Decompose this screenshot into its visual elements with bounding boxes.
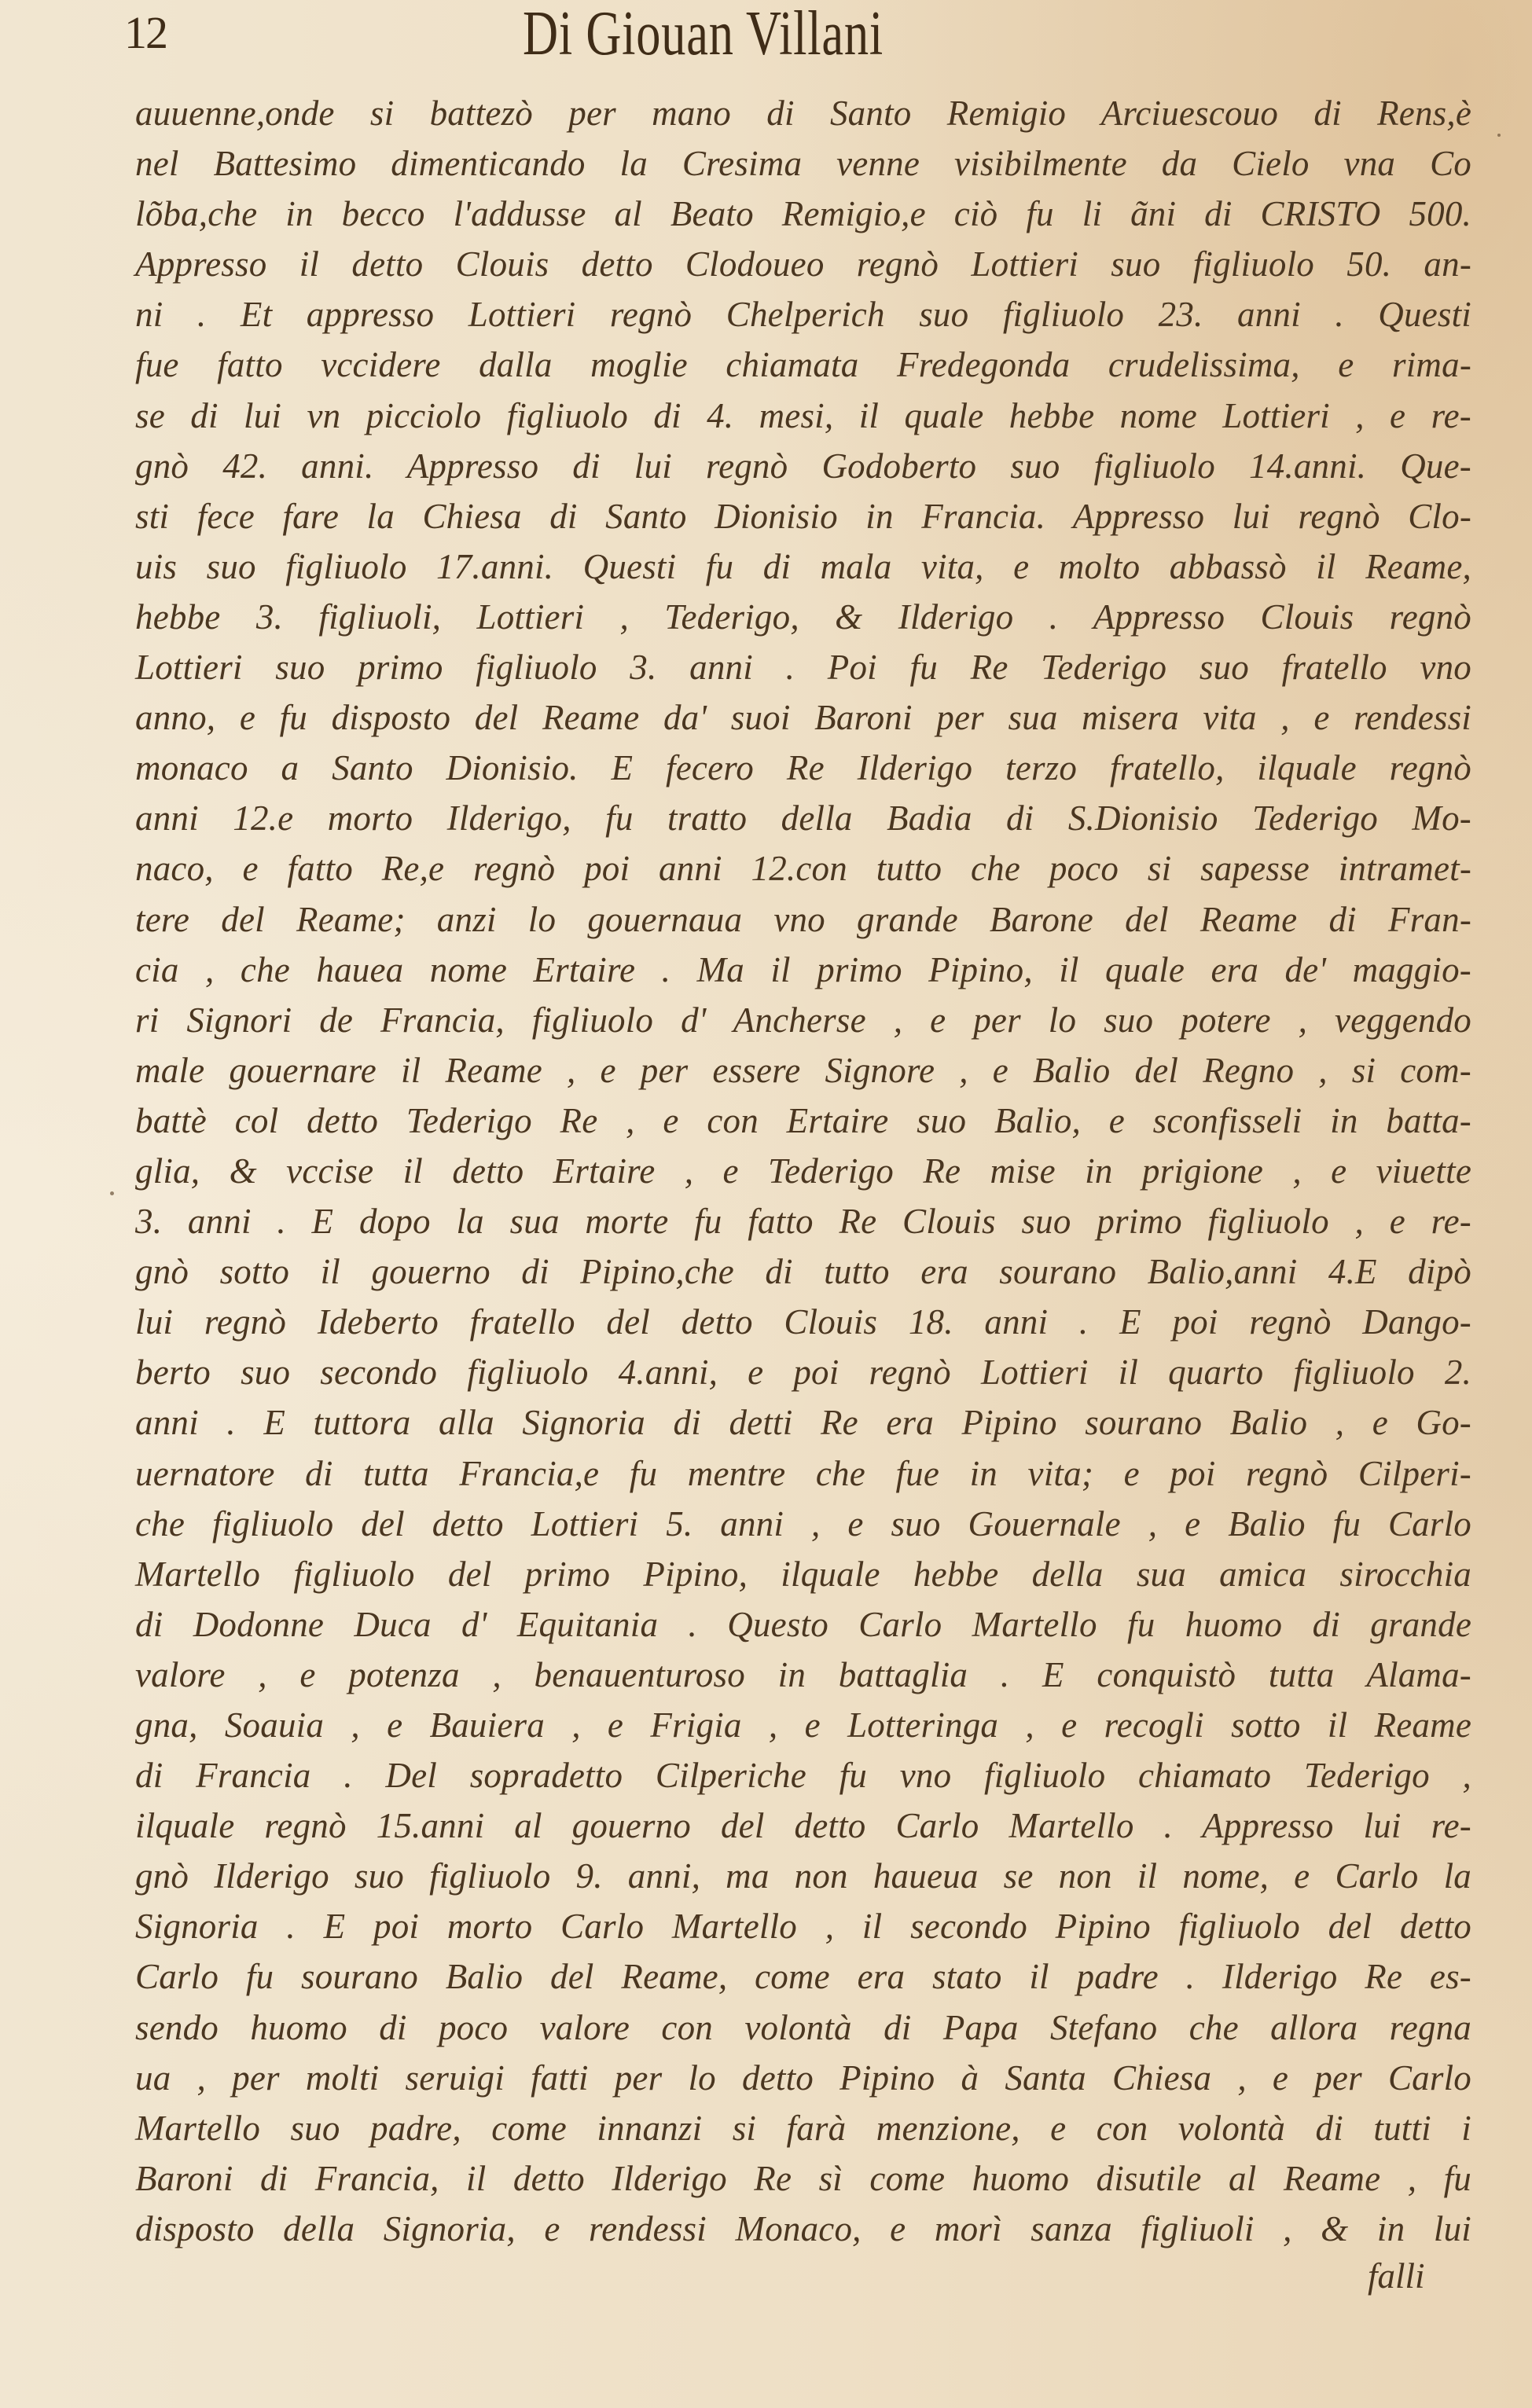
text-line: gnò Ilderigo suo figliuolo 9. anni, ma n… [135, 1851, 1471, 1901]
text-line: anno, e fu disposto del Reame da' suoi B… [135, 692, 1471, 743]
text-line: nel Battesimo dimenticando la Cresima ve… [135, 138, 1471, 189]
text-line: gna, Soauia , e Bauiera , e Frigia , e L… [135, 1700, 1471, 1750]
text-line: ua , per molti seruigi fatti per lo dett… [135, 2053, 1471, 2103]
text-line: 3. anni . E dopo la sua morte fu fatto R… [135, 1196, 1471, 1246]
paper-speck [1497, 134, 1501, 137]
text-line: ri Signori de Francia, figliuolo d' Anch… [135, 995, 1471, 1045]
text-line: gnò sotto il gouerno di Pipino,che di tu… [135, 1246, 1471, 1297]
text-line: di Dodonne Duca d' Equitania . Questo Ca… [135, 1599, 1471, 1650]
text-line: Martello suo padre, come innanzi si farà… [135, 2103, 1471, 2153]
text-line: cia , che hauea nome Ertaire . Ma il pri… [135, 945, 1471, 995]
document-page: 12 Di Giouan Villani auuenne,onde si bat… [0, 0, 1532, 2408]
paper-speck [110, 1191, 114, 1195]
text-line: valore , e potenza , benauenturoso in ba… [135, 1650, 1471, 1700]
text-line: Baroni di Francia, il detto Ilderigo Re … [135, 2153, 1471, 2204]
text-line: lui regnò Ideberto fratello del detto Cl… [135, 1297, 1471, 1347]
text-line: Signoria . E poi morto Carlo Martello , … [135, 1901, 1471, 1951]
text-line: monaco a Santo Dionisio. E fecero Re Ild… [135, 743, 1471, 793]
text-line: tere del Reame; anzi lo gouernaua vno gr… [135, 894, 1471, 945]
text-line: anni . E tuttora alla Signoria di detti … [135, 1397, 1471, 1448]
page-header: 12 Di Giouan Villani [0, 0, 1532, 71]
text-line: fue fatto vccidere dalla moglie chiamata… [135, 340, 1471, 390]
catchword: falli [1368, 2256, 1425, 2296]
text-line: disposto della Signoria, e rendessi Mona… [135, 2204, 1471, 2254]
text-line: naco, e fatto Re,e regnò poi anni 12.con… [135, 843, 1471, 894]
text-line: auuenne,onde si battezò per mano di Sant… [135, 88, 1471, 138]
text-line: Carlo fu sourano Balio del Reame, come e… [135, 1951, 1471, 2002]
text-line: ni . Et appresso Lottieri regnò Chelperi… [135, 289, 1471, 340]
text-line: se di lui vn picciolo figliuolo di 4. me… [135, 391, 1471, 441]
text-line: che figliuolo del detto Lottieri 5. anni… [135, 1499, 1471, 1549]
text-line: uis suo figliuolo 17.anni. Questi fu di … [135, 541, 1471, 592]
text-line: lõba,che in becco l'addusse al Beato Rem… [135, 189, 1471, 239]
running-title: Di Giouan Villani [523, 0, 884, 70]
text-line: Martello figliuolo del primo Pipino, ilq… [135, 1549, 1471, 1599]
text-line: glia, & vccise il detto Ertaire , e Tede… [135, 1146, 1471, 1196]
text-line: anni 12.e morto Ilderigo, fu tratto dell… [135, 793, 1471, 843]
page-number: 12 [124, 6, 167, 59]
text-line: Lottieri suo primo figliuolo 3. anni . P… [135, 642, 1471, 692]
text-line: battè col detto Tederigo Re , e con Erta… [135, 1096, 1471, 1146]
text-line: di Francia . Del sopradetto Cilperiche f… [135, 1750, 1471, 1800]
text-line: ilquale regnò 15.anni al gouerno del det… [135, 1800, 1471, 1851]
text-line: sendo huomo di poco valore con volontà d… [135, 2002, 1471, 2053]
body-text: auuenne,onde si battezò per mano di Sant… [135, 88, 1471, 2254]
text-line: gnò 42. anni. Appresso di lui regnò Godo… [135, 441, 1471, 491]
text-line: sti fece fare la Chiesa di Santo Dionisi… [135, 491, 1471, 541]
text-line: Appresso il detto Clouis detto Clodoueo … [135, 239, 1471, 289]
text-line: berto suo secondo figliuolo 4.anni, e po… [135, 1347, 1471, 1397]
text-line: hebbe 3. figliuoli, Lottieri , Tederigo,… [135, 592, 1471, 642]
text-line: uernatore di tutta Francia,e fu mentre c… [135, 1448, 1471, 1499]
text-line: male gouernare il Reame , e per essere S… [135, 1045, 1471, 1096]
